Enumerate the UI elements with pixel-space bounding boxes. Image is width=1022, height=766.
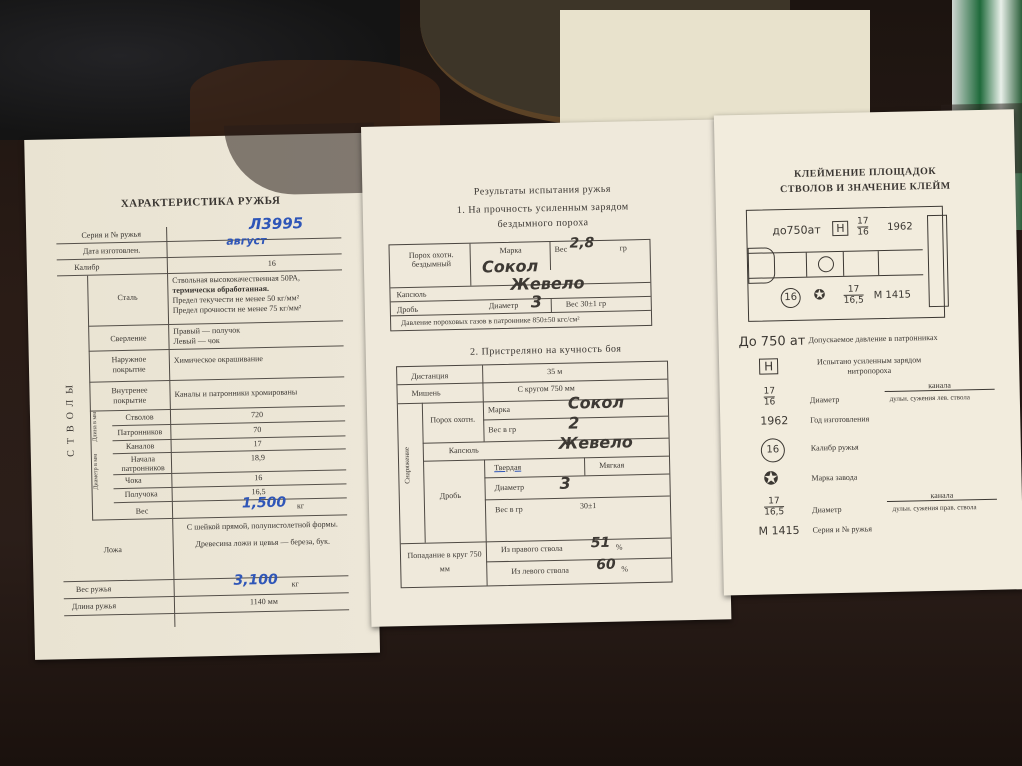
weight-unit: кг xyxy=(297,501,304,510)
steel-value: Ствольная высококачественная 50РА, терми… xyxy=(172,272,353,316)
panel-title: ХАРАКТЕРИСТИКА РУЖЬЯ xyxy=(85,194,315,211)
year-stamp: 1962 xyxy=(887,221,913,233)
choke-value: 16 xyxy=(173,471,343,484)
accuracy-test-table: Дистанция 35 м Мишень С кругом 750 мм Сн… xyxy=(396,361,673,589)
caliber-label: Калибр xyxy=(57,262,117,272)
primer-label: Капсюль xyxy=(396,290,426,300)
pressure-text: Давление пороховых газов в патроннике 85… xyxy=(401,314,580,327)
barrel-flat xyxy=(748,249,924,279)
fraction-top: 17 xyxy=(843,284,863,295)
bore-value: 17 xyxy=(173,437,343,450)
legend-text-top: канала xyxy=(887,490,997,502)
hits-label: Попадание в круг 750 мм xyxy=(407,548,483,578)
barrels-group-label: СТВОЛЫ xyxy=(64,379,86,457)
legend-text: Диаметр xyxy=(810,395,840,405)
legend-text: Диаметр xyxy=(812,505,842,515)
weight-value: 2,8 xyxy=(569,235,594,252)
diameter-group-label: Диаметр в мм xyxy=(93,441,112,501)
drilling-line: Левый — чок xyxy=(173,336,240,347)
diameter-label: Диаметр xyxy=(489,301,519,311)
legend-text: Калибр ружья xyxy=(811,443,859,453)
weight-label: Вес xyxy=(122,506,162,516)
gun-length-label: Длина ружья xyxy=(64,601,124,611)
fraction-top: 17 xyxy=(764,496,784,507)
equipment-group-label: Снаряжение xyxy=(403,447,412,484)
powder-label: Порох охотн. бездымный xyxy=(394,250,469,270)
barrels-length-value: 720 xyxy=(172,408,342,421)
hard-label: Твердая xyxy=(494,463,521,473)
panel-barrel-markings: КЛЕЙМЕНИЕ ПЛОЩАДОК СТВОЛОВ И ЗНАЧЕНИЕ КЛ… xyxy=(714,109,1022,595)
weight-value: 1,500 xyxy=(242,495,287,512)
weight-label: Вес xyxy=(555,245,568,254)
target-label: Мишень xyxy=(412,388,441,398)
screw-icon xyxy=(818,256,834,272)
gun-length-value: 1140 мм xyxy=(179,595,349,608)
primer2-label: Капсюль xyxy=(449,446,479,456)
diameter2-value: 3 xyxy=(559,474,571,493)
caliber-stamp-icon: 16 xyxy=(761,438,785,462)
chambers-length-value: 70 xyxy=(172,423,342,436)
legend-mark: 1962 xyxy=(760,414,788,428)
breech-block xyxy=(927,215,949,307)
legend-mark: М 1415 xyxy=(758,524,799,538)
percent-sign: % xyxy=(616,543,623,552)
fraction-bottom: 16,5 xyxy=(844,295,864,305)
soft-label: Мягкая xyxy=(599,461,624,471)
brand2-value: Сокол xyxy=(568,392,625,412)
chamber-start-value: 18,9 xyxy=(173,451,343,464)
chambers-length-label: Патронников xyxy=(112,427,167,437)
serial-value: Л3995 xyxy=(216,213,336,234)
legend-text: Марка завода xyxy=(811,473,857,483)
caliber-value: 16 xyxy=(197,257,347,269)
fraction-top: 17 xyxy=(764,386,776,397)
fraction-top: 17 xyxy=(857,216,869,227)
markings-title: КЛЕЙМЕНИЕ ПЛОЩАДОК xyxy=(735,165,995,181)
powder2-label: Порох охотн. xyxy=(430,414,475,426)
barrels-length-label: Стволов xyxy=(112,412,167,422)
bore-fraction-stamp: 17 16 xyxy=(857,216,869,237)
strength-test-table: Порох охотн. бездымный Марка Сокол Вес 2… xyxy=(388,239,652,331)
gun-weight-unit: кг xyxy=(291,579,298,588)
length-group-label: Длина в мм xyxy=(92,411,111,441)
legend-text: Допускаемое давление в патронниках xyxy=(808,333,937,345)
serial-label: Серия и № ружья xyxy=(56,229,166,240)
shot-weight2-label: Вес в гр xyxy=(495,505,523,515)
factory-star-icon: ✪ xyxy=(813,287,825,303)
markings-title-2: СТВОЛОВ И ЗНАЧЕНИЕ КЛЕЙМ xyxy=(735,180,995,196)
weight2-label: Вес в гр xyxy=(488,425,516,435)
stock-value: С шейкой прямой, полупистолетной формы. … xyxy=(177,518,348,550)
drilling-value: Правый — получок Левый — чок xyxy=(173,326,240,347)
legend-text-bottom: дульн. сужения лев. ствола xyxy=(850,392,1010,403)
drilling-label: Сверление xyxy=(88,333,168,344)
stock-row: Ложа С шейкой прямой, полупистолетной фо… xyxy=(62,515,348,582)
shot-weight2-value: 30±1 xyxy=(580,501,597,510)
diameter2-label: Диаметр xyxy=(495,483,525,493)
brand2-label: Марка xyxy=(488,405,510,414)
legend-text-top: канала xyxy=(884,380,994,392)
barrel-marking-diagram: до750ат Н 17 16 1962 16 ✪ 17 16,5 М 1415 xyxy=(746,206,945,322)
stock-line: С шейкой прямой, полупистолетной формы. xyxy=(177,518,347,533)
outer-coating-label: Наружное покрытие xyxy=(99,354,159,375)
left-barrel-label: Из левого ствола xyxy=(511,566,569,576)
shot-weight: Вес 30±1 гр xyxy=(566,299,606,309)
stock-line: Древесина ложи и цевья — береза, бук. xyxy=(178,535,348,550)
section1-title-2: бездымного пороха xyxy=(383,215,703,233)
serial-stamp: М 1415 xyxy=(874,289,911,301)
inner-coating-value: Каналы и патронники хромированы xyxy=(174,387,297,399)
legend-mark: До 750 ат xyxy=(738,334,805,350)
markings-legend: До 750 ат Допускаемое давление в патронн… xyxy=(738,329,1012,547)
pressure-stamp: до750ат xyxy=(772,223,821,237)
fraction-bottom: 16 xyxy=(764,397,776,407)
section2-title: 2. Пристреляно на кучность боя xyxy=(386,342,706,360)
date-value: август xyxy=(206,234,286,249)
legend-fraction: 17 16 xyxy=(764,386,776,407)
distance-label: Дистанция xyxy=(411,371,448,381)
test-results-title: Результаты испытания ружья xyxy=(382,182,702,200)
percent-sign: % xyxy=(621,564,628,573)
factory-star-icon: ✪ xyxy=(763,468,779,489)
test-stamp-icon: Н xyxy=(832,221,849,236)
shadow xyxy=(224,123,375,196)
date-label: Дата изготовлен. xyxy=(56,245,166,256)
left-barrel-value: 60 xyxy=(596,557,616,573)
primer-value: Жевело xyxy=(510,273,585,294)
panel-test-results: Результаты испытания ружья 1. На прочнос… xyxy=(361,119,731,626)
chamber-start-label: Начала патронников xyxy=(113,454,173,473)
steel-row: Сталь Ствольная высококачественная 50РА,… xyxy=(87,270,343,326)
gun-weight-value: 3,100 xyxy=(233,572,278,589)
bore-label: Каналов xyxy=(113,441,168,451)
legend-text-bottom: дульн. сужения прав. ствола xyxy=(852,502,1017,513)
right-barrel-label: Из правого ствола xyxy=(501,544,563,554)
right-barrel-value: 51 xyxy=(591,535,611,551)
caliber-stamp-icon: 16 xyxy=(780,288,800,308)
legend-item: М 1415 Серия и № ружья xyxy=(742,519,1012,547)
test-stamp-icon: Н xyxy=(759,358,778,374)
inner-coating-label: Внутренее покрытие xyxy=(99,385,159,406)
half-choke-label: Получока xyxy=(114,489,169,499)
primer2-value: Жевело xyxy=(558,432,633,453)
choke-fraction-stamp: 17 16,5 xyxy=(843,284,863,305)
diameter-value: 3 xyxy=(531,292,543,311)
fraction-bottom: 16 xyxy=(857,227,869,237)
choke-label: Чока xyxy=(113,475,153,485)
legend-text: Серия и № ружья xyxy=(812,524,872,534)
legend-fraction: 17 16,5 xyxy=(764,496,784,517)
gun-weight-label: Вес ружья xyxy=(64,584,124,594)
weight2-value: 2 xyxy=(568,413,580,432)
shot2-label: Дробь xyxy=(440,491,461,500)
outer-coating-value: Химическое окрашивание xyxy=(174,354,263,365)
legend-text: Испытано усиленным зарядом нитропороха xyxy=(809,355,929,378)
distance-value: 35 м xyxy=(547,367,562,376)
stock-label: Ложа xyxy=(83,545,143,555)
shot-label: Дробь xyxy=(397,305,418,314)
brand-value: Сокол xyxy=(482,256,539,276)
brand-label: Марка xyxy=(500,246,522,255)
target-value: С кругом 750 мм xyxy=(517,384,574,394)
steel-label: Сталь xyxy=(87,292,167,303)
legend-text: Год изготовления xyxy=(810,414,869,424)
gun-passport-document: ХАРАКТЕРИСТИКА РУЖЬЯ Серия и № ружья Л39… xyxy=(24,109,1022,670)
fraction-bottom: 16,5 xyxy=(764,507,784,517)
panel-characteristics: ХАРАКТЕРИСТИКА РУЖЬЯ Серия и № ружья Л39… xyxy=(24,133,380,660)
weight-unit: гр xyxy=(620,243,627,252)
